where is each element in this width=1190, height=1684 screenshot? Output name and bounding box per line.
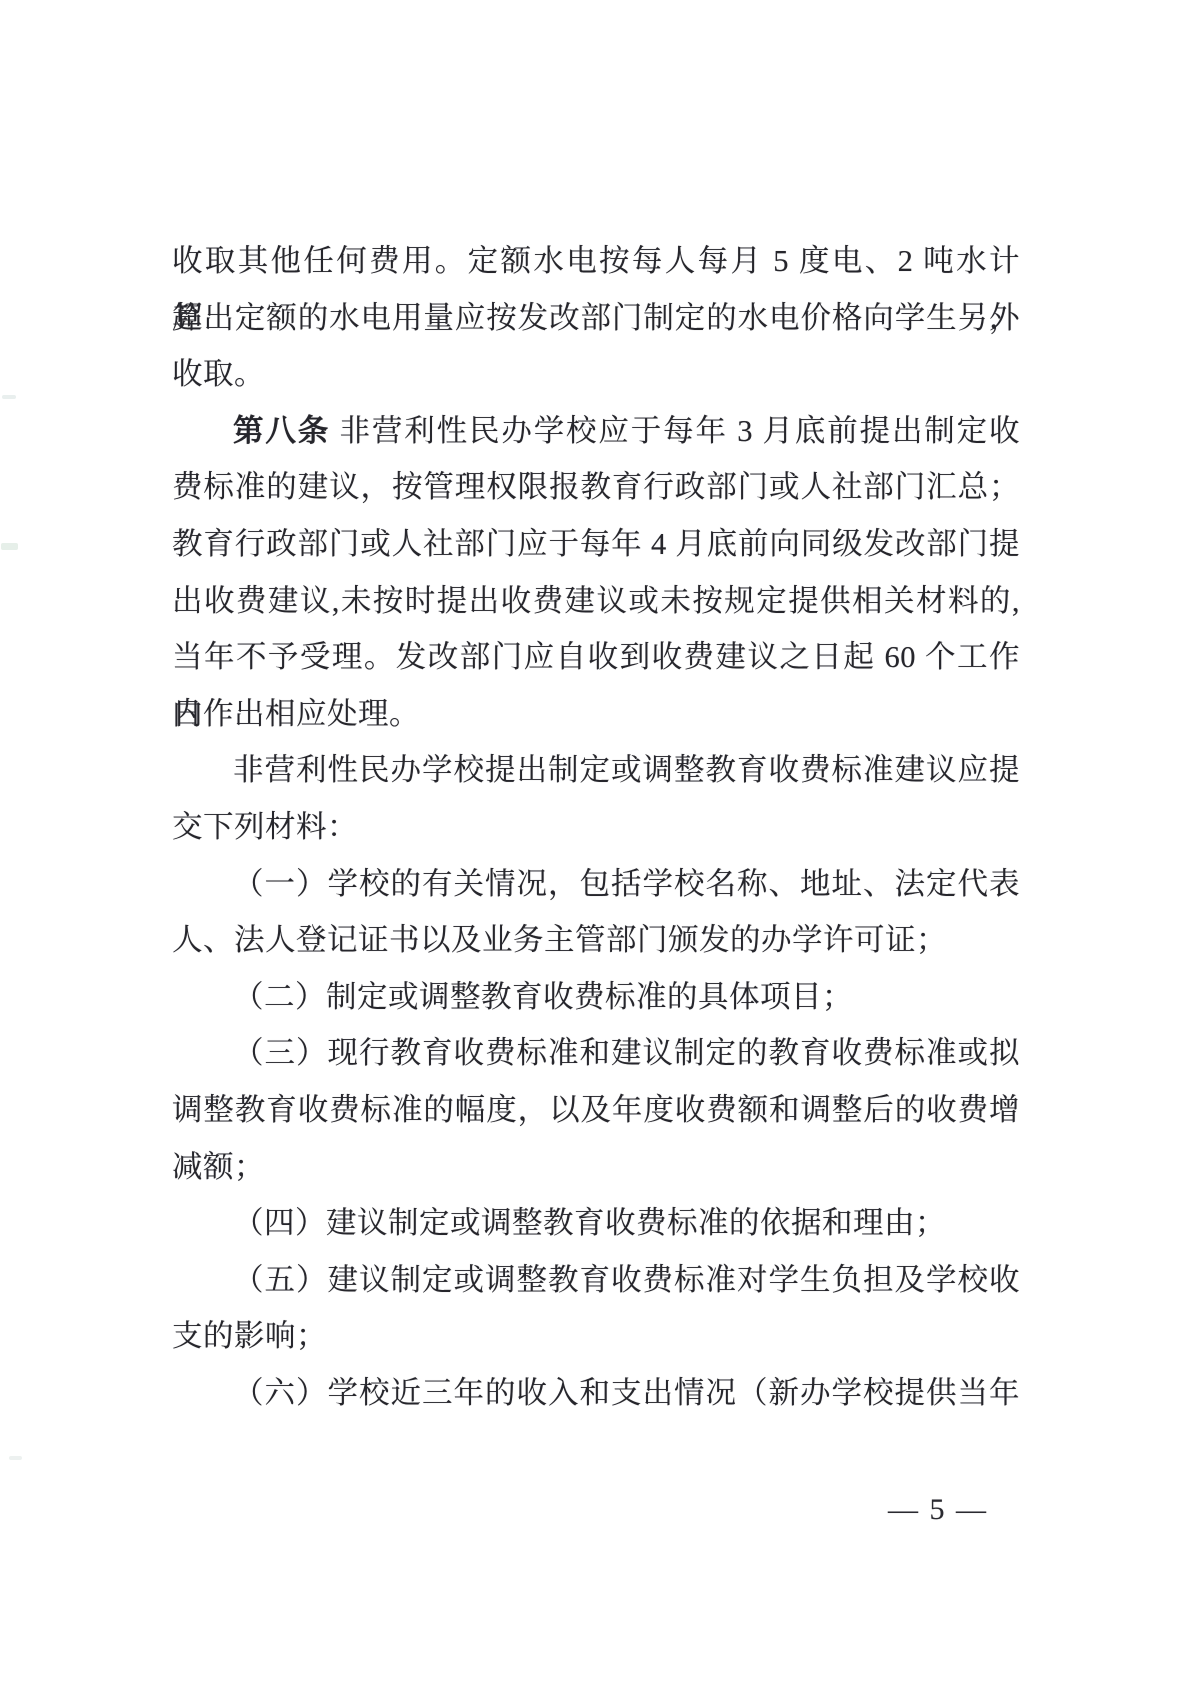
text-line: （五）建议制定或调整教育收费标准对学生负担及学校收 [172,1252,1020,1309]
text-line: 减额； [172,1139,1020,1196]
text-line: （一）学校的有关情况，包括学校名称、地址、法定代表 [172,856,1020,913]
text-line: 支的影响； [172,1308,1020,1365]
text-line: 非营利性民办学校提出制定或调整教育收费标准建议应提 [172,742,1020,799]
scan-artifact [2,395,16,399]
text-line: 调整教育收费标准的幅度，以及年度收费额和调整后的收费增 [172,1082,1020,1139]
text-line: 人、法人登记证书以及业务主管部门颁发的办学许可证； [172,912,1020,969]
text-line: 出收费建议,未按时提出收费建议或未按规定提供相关材料的, [172,573,1020,630]
text-line: （三）现行教育收费标准和建议制定的教育收费标准或拟 [172,1025,1020,1082]
text-line: 费标准的建议，按管理权限报教育行政部门或人社部门汇总； [172,459,1020,516]
text-line: （六）学校近三年的收入和支出情况（新办学校提供当年 [172,1365,1020,1422]
scan-artifact [1,543,18,550]
text-line: 第八条 非营利性民办学校应于每年 3 月底前提出制定收 [172,403,1020,460]
text-line: （二）制定或调整教育收费标准的具体项目； [172,969,1020,1026]
scan-artifact [9,1456,22,1460]
text-line: （四）建议制定或调整教育收费标准的依据和理由； [172,1195,1020,1252]
page-number: — 5 — [848,1487,1028,1533]
text-line: 当年不予受理。发改部门应自收到收费建议之日起 60 个工作日 [172,629,1020,686]
text-line: 教育行政部门或人社部门应于每年 4 月底前向同级发改部门提 [172,516,1020,573]
scanned-document-page: 收取其他任何费用。定额水电按每人每月 5 度电、2 吨水计算，超出定额的水电用量… [0,0,1190,1684]
text-line: 收取其他任何费用。定额水电按每人每月 5 度电、2 吨水计算， [172,233,1020,290]
text-line: 内作出相应处理。 [172,686,1020,743]
text-line: 超出定额的水电用量应按发改部门制定的水电价格向学生另外 [172,290,1020,347]
text-line: 交下列材料： [172,799,1020,856]
article-number: 第八条 [233,414,330,448]
document-body: 收取其他任何费用。定额水电按每人每月 5 度电、2 吨水计算，超出定额的水电用量… [172,233,1020,1421]
text-line: 收取。 [172,346,1020,403]
